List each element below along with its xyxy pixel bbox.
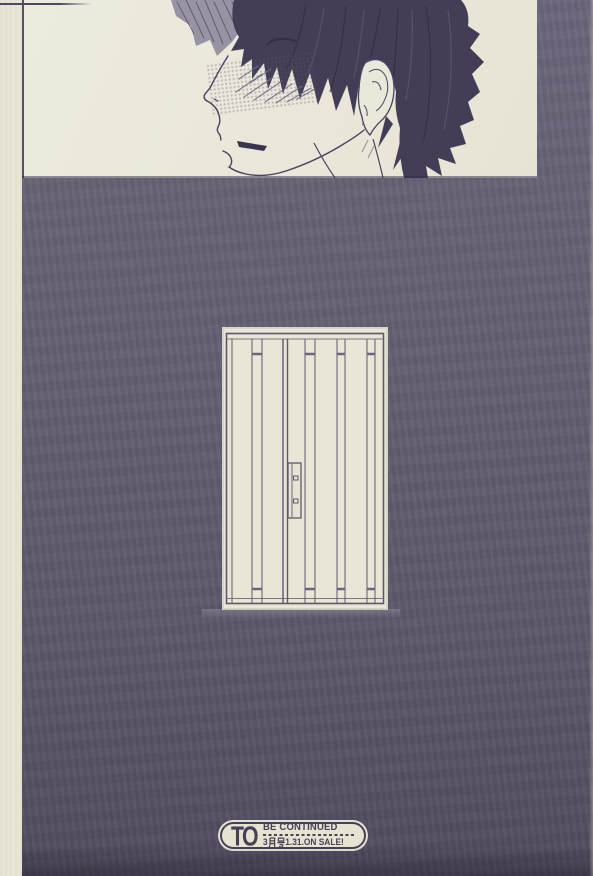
mouth xyxy=(237,141,267,151)
top-manga-panel xyxy=(22,0,537,178)
front-door-artwork xyxy=(222,327,388,610)
page-right-edge xyxy=(589,0,593,876)
badge-right-block: BE CONTINUED 3 1.31.ON SALE! xyxy=(263,823,355,849)
door-threshold-shadow xyxy=(202,609,400,618)
door-handle-plate xyxy=(288,463,301,518)
badge-be-continued-text: BE CONTINUED xyxy=(263,823,350,834)
panel-border-bottom xyxy=(22,176,537,178)
panel-border-top xyxy=(0,3,92,5)
badge-ring: TO BE CONTINUED 3 1.3 xyxy=(220,822,366,849)
badge-dotted-divider xyxy=(263,834,355,836)
badge-to-text: TO xyxy=(231,822,257,849)
neck-lines xyxy=(314,139,383,178)
manga-page: TO BE CONTINUED 3 1.3 xyxy=(0,0,593,876)
page-bottom-shadow xyxy=(22,846,593,876)
jaw-line xyxy=(223,130,364,175)
